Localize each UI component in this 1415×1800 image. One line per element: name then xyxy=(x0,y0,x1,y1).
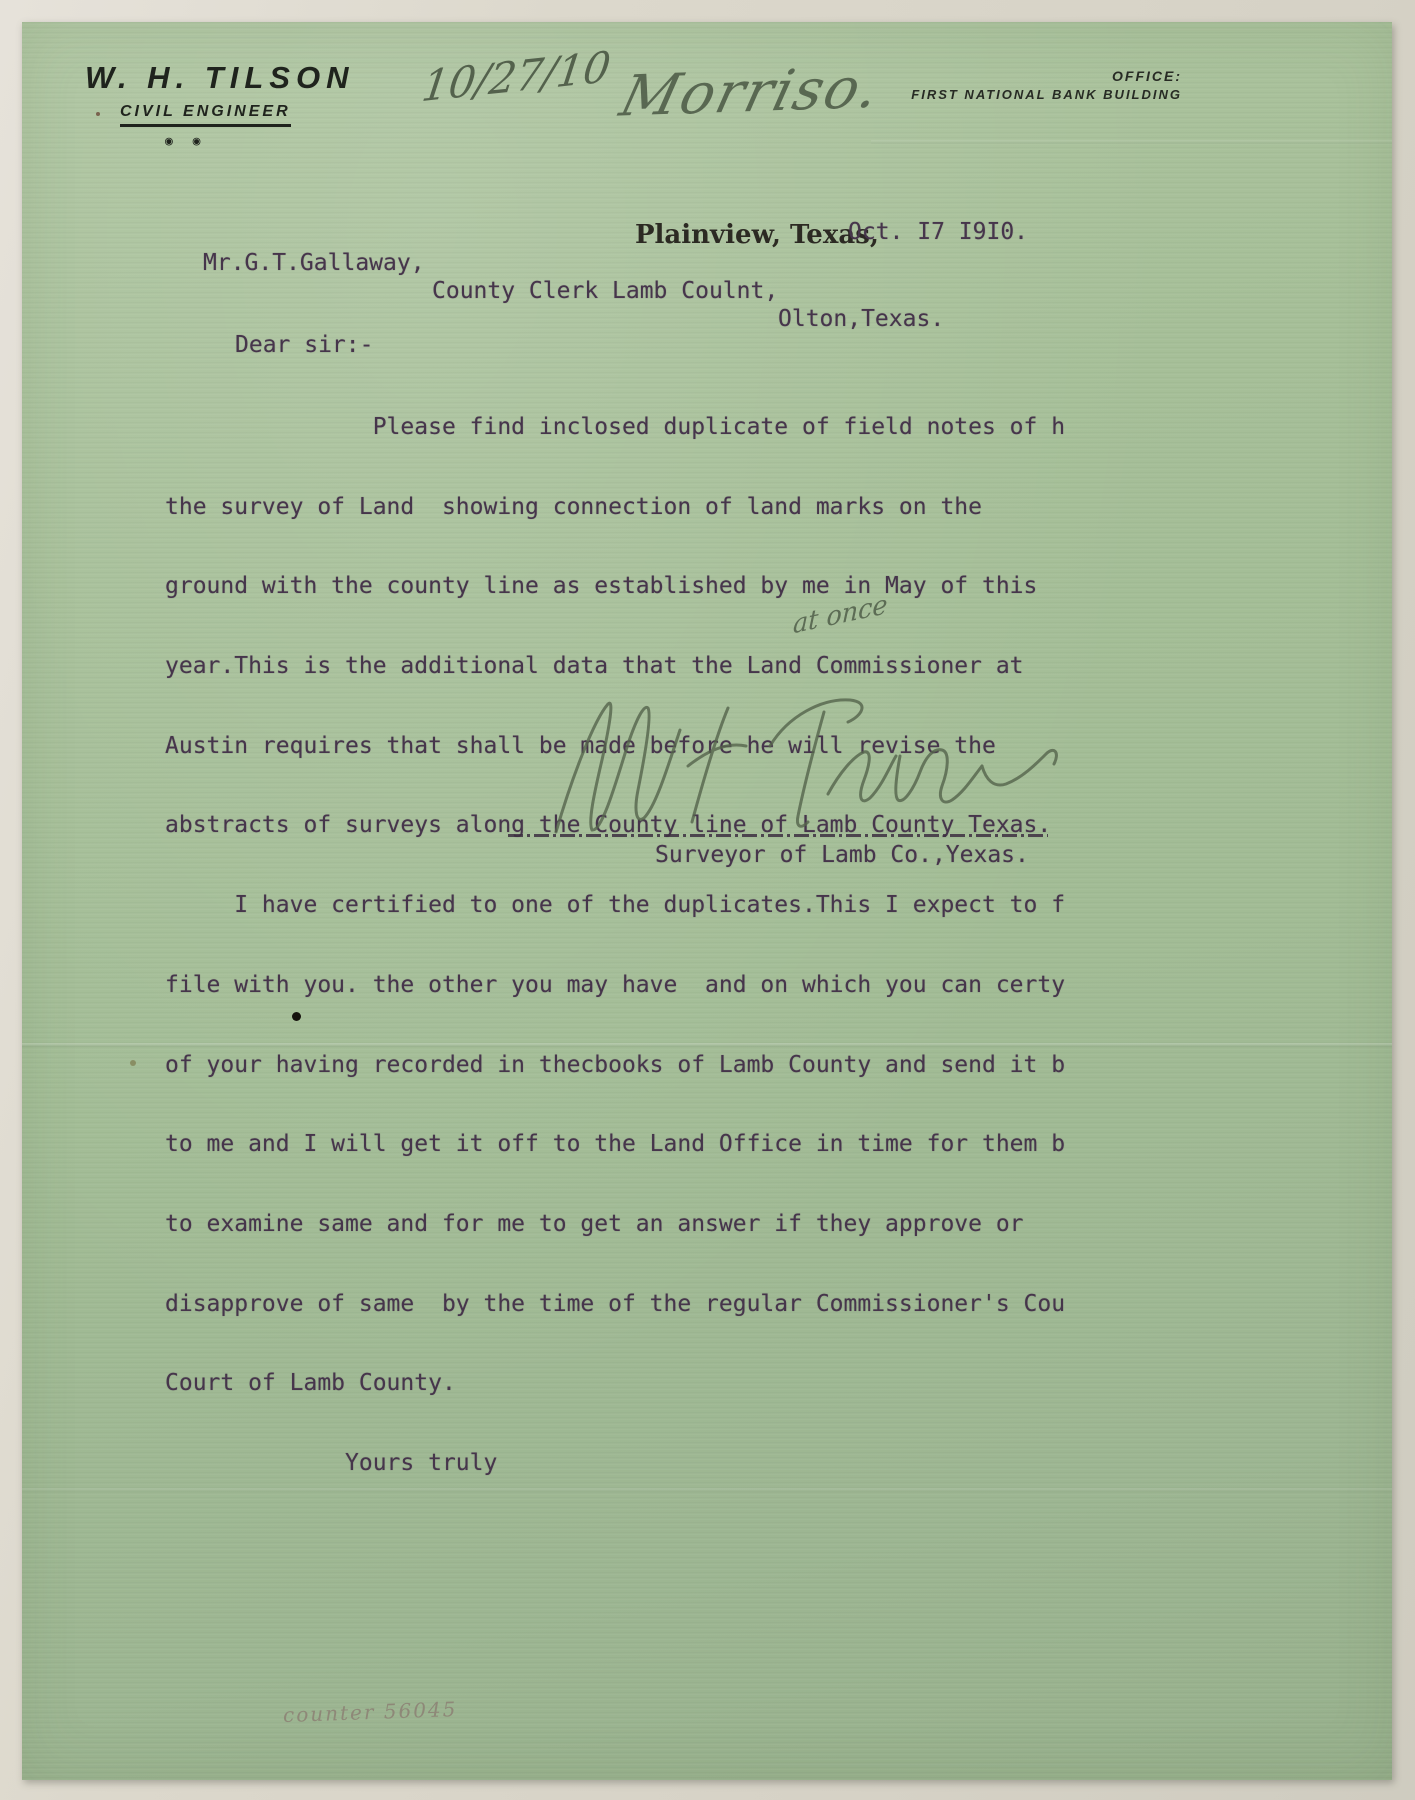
paper-speck xyxy=(130,1060,136,1066)
dateline-place: Plainview, Texas, xyxy=(635,220,879,250)
handwritten-date: 10/27/10 xyxy=(419,42,614,112)
body-line: I have certified to one of the duplicate… xyxy=(165,892,1065,920)
body-line: file with you. the other you may have an… xyxy=(165,972,1065,1000)
body-line: Please find inclosed duplicate of field … xyxy=(165,414,1065,442)
office-location: FIRST NATIONAL BANK BUILDING xyxy=(911,87,1182,102)
address-line-1: Mr.G.T.Gallaway, xyxy=(203,250,425,276)
dateline-date: Oct. I7 I9I0. xyxy=(848,219,1028,245)
address-line-2: County Clerk Lamb Coulnt, xyxy=(432,278,778,304)
salutation: Dear sir:- xyxy=(235,332,373,358)
letterhead-title: CIVIL ENGINEER xyxy=(120,103,291,127)
body-line: of your having recorded in thecbooks of … xyxy=(165,1052,1065,1080)
body-line: Court of Lamb County. xyxy=(165,1370,1065,1398)
fold-crease xyxy=(871,140,1392,144)
body-line: Yours truly xyxy=(165,1450,1065,1478)
address-line-3: Olton,Texas. xyxy=(778,306,944,332)
ink-speck xyxy=(292,1012,301,1021)
body-line: to examine same and for me to get an ans… xyxy=(165,1211,1065,1239)
handwritten-name: Morriso. xyxy=(614,55,888,130)
signature-title: Surveyor of Lamb Co.,Yexas. xyxy=(655,842,1029,868)
letter-body: Please find inclosed duplicate of field … xyxy=(165,362,1065,1530)
body-line: year.This is the additional data that th… xyxy=(165,653,1065,681)
office-label: OFFICE: xyxy=(911,68,1182,84)
body-line: ground with the county line as establish… xyxy=(165,573,1065,601)
letterhead-name: W. H. TILSON xyxy=(85,60,354,96)
paper-speck xyxy=(96,112,100,116)
signature-rule xyxy=(508,834,1048,837)
body-line: disapprove of same by the time of the re… xyxy=(165,1291,1065,1319)
letter-paper: W. H. TILSON CIVIL ENGINEER ◉ ◉ OFFICE: … xyxy=(22,22,1392,1780)
body-line: the survey of Land showing connection of… xyxy=(165,494,1065,522)
signature-handwriting xyxy=(542,682,1082,842)
office-block: OFFICE: FIRST NATIONAL BANK BUILDING xyxy=(911,68,1182,102)
body-line: to me and I will get it off to the Land … xyxy=(165,1131,1065,1159)
catalog-note: counter 56045 xyxy=(283,1697,458,1727)
scanned-letter-page: { "scan": { "background_color": "#d8d4c8… xyxy=(0,0,1415,1800)
letterhead-ornament-icon: ◉ ◉ xyxy=(165,134,206,149)
